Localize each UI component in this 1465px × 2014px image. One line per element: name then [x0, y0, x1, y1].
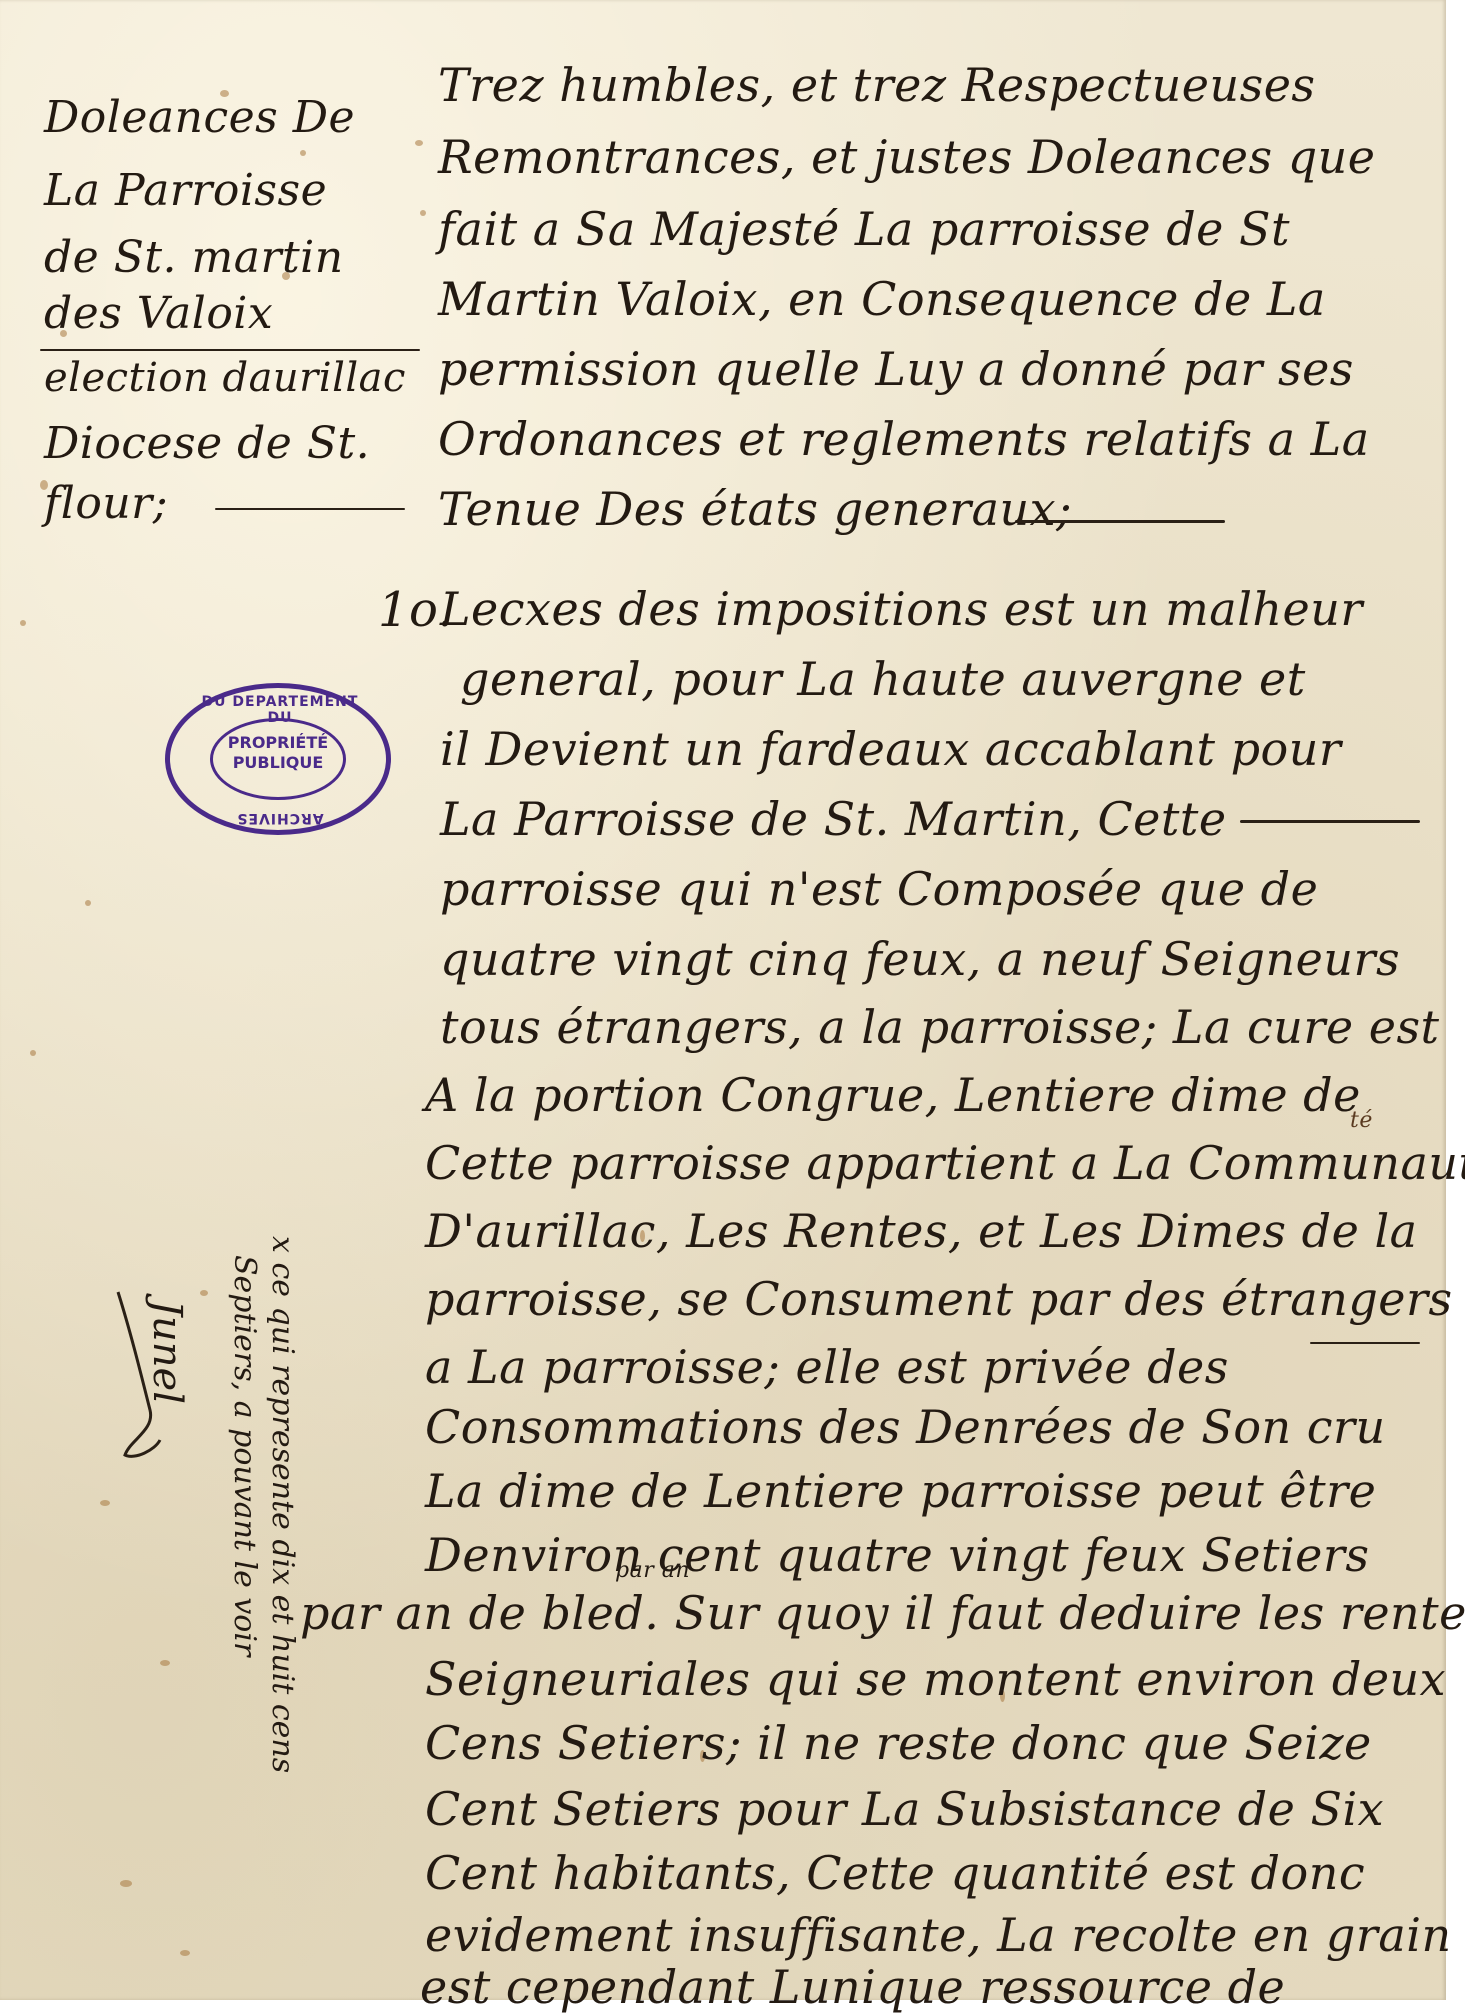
preamble-line: Trez humbles, et trez Respectueuses	[438, 58, 1316, 112]
margin-heading-line: de St. martin	[44, 232, 344, 283]
line-filler-flourish	[1015, 520, 1225, 523]
article-line: parroisse, se Consument par des étranger…	[425, 1272, 1453, 1326]
foxing-spot	[160, 1660, 170, 1666]
article-line: Consommations des Denrées de Son cru	[425, 1400, 1386, 1454]
article-line: est cependant Lunique ressource de	[420, 1960, 1285, 2000]
margin-note-line: Septiers, a pouvant le voir	[227, 1255, 262, 1656]
article-line: parroisse qui n'est Composée que de	[440, 862, 1318, 916]
stamp-inner-text: PUBLIQUE	[213, 753, 343, 773]
article-line: Cens Setiers; il ne reste donc que Seize	[425, 1716, 1372, 1770]
interlinear-correction: par an	[615, 1558, 690, 1583]
archive-stamp: DU DEPARTEMENT DU PROPRIÉTÉ PUBLIQUE ARC…	[165, 683, 391, 835]
article-line: A la portion Congrue, Lentiere dime de	[425, 1068, 1361, 1122]
article-line: Lecxes des impositions est un malheur	[440, 582, 1363, 636]
foxing-spot	[100, 1500, 110, 1506]
margin-note-line: x ce qui represente dix et huit cens	[265, 1236, 300, 1773]
article-line: evidement insuffisante, La recolte en gr…	[425, 1908, 1452, 1962]
line-filler-flourish	[215, 508, 405, 510]
article-line: Cette parroisse appartient a La Communau…	[425, 1136, 1465, 1190]
margin-heading-line: des Valoix	[44, 288, 273, 339]
article-line: Denviron cent quatre vingt feux Setiers	[425, 1528, 1369, 1582]
stamp-outer-text: ARCHIVES	[200, 810, 360, 826]
margin-heading-line: flour;	[44, 478, 168, 529]
interlinear-superscript: té	[1350, 1108, 1373, 1133]
foxing-spot	[180, 1950, 190, 1956]
preamble-line: Martin Valoix, en Consequence de La	[438, 272, 1326, 326]
article-line: La dime de Lentiere parroisse peut être	[425, 1464, 1376, 1518]
article-line: tous étrangers, a la parroisse; La cure …	[440, 1000, 1440, 1054]
article-line: La Parroisse de St. Martin, Cette	[440, 792, 1227, 846]
foxing-spot	[415, 140, 423, 146]
foxing-spot	[200, 1290, 208, 1296]
preamble-line: Ordonances et reglements relatifs a La	[438, 412, 1370, 466]
line-filler-flourish	[1240, 820, 1420, 823]
margin-heading-line: Doleances De	[44, 92, 355, 143]
stamp-inner-oval: PROPRIÉTÉ PUBLIQUE	[210, 718, 346, 800]
foxing-spot	[120, 1880, 132, 1887]
preamble-line: Tenue Des états generaux;	[438, 482, 1072, 536]
article-line: D'aurillac, Les Rentes, et Les Dimes de …	[425, 1204, 1418, 1258]
foxing-spot	[300, 150, 306, 156]
signature-flourish	[110, 1290, 170, 1470]
article-line: Cent Setiers pour La Subsistance de Six	[425, 1782, 1384, 1836]
foxing-spot	[30, 1050, 36, 1056]
article-line: quatre vingt cinq feux, a neuf Seigneurs	[440, 932, 1400, 986]
foxing-spot	[420, 210, 426, 216]
manuscript-page: Doleances De La Parroisse de St. martin …	[0, 0, 1446, 2000]
preamble-line: Remontrances, et justes Doleances que	[438, 130, 1376, 184]
article-line: il Devient un fardeaux accablant pour	[440, 722, 1341, 776]
foxing-spot	[85, 900, 91, 906]
foxing-spot	[20, 620, 26, 626]
article-line: Cent habitants, Cette quantité est donc	[425, 1846, 1365, 1900]
margin-heading-line: election daurillac	[44, 355, 406, 401]
margin-heading-line: La Parroisse	[44, 165, 327, 216]
underline-flourish	[40, 349, 420, 351]
article-line: general, pour La haute auvergne et	[460, 652, 1306, 706]
preamble-line: fait a Sa Majesté La parroisse de St	[438, 202, 1290, 256]
article-line: Seigneuriales qui se montent environ deu…	[425, 1652, 1446, 1706]
margin-heading-line: Diocese de St.	[44, 418, 370, 469]
stamp-inner-text: PROPRIÉTÉ	[213, 733, 343, 753]
article-line: a La parroisse; elle est privée des	[425, 1340, 1229, 1394]
line-filler-flourish	[1310, 1342, 1420, 1344]
article-line: par an de bled. Sur quoy il faut deduire…	[300, 1586, 1465, 1640]
preamble-line: permission quelle Luy a donné par ses	[438, 342, 1354, 396]
